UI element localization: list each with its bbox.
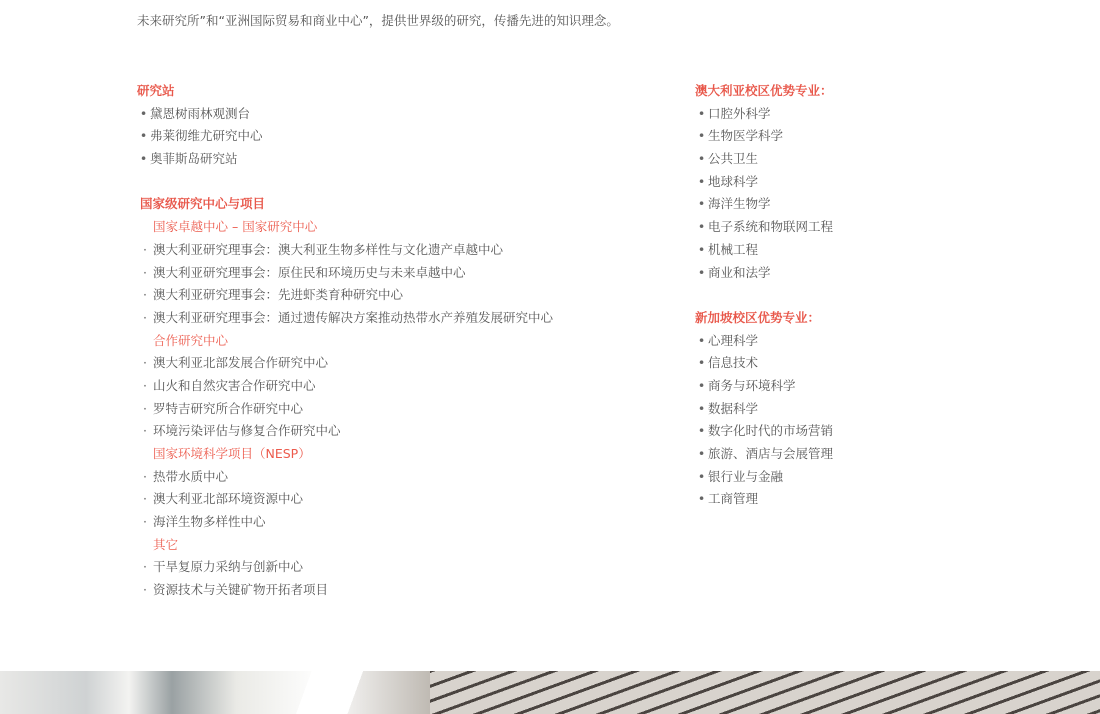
list-item: •生物医学科学 xyxy=(695,125,995,148)
list-item: •奥菲斯岛研究站 xyxy=(137,148,657,171)
bullet-icon: · xyxy=(137,420,153,443)
singapore-majors-heading: 新加坡校区优势专业： xyxy=(695,307,995,330)
bullet-icon: • xyxy=(695,103,708,126)
list-item: •旅游、酒店与会展管理 xyxy=(695,443,995,466)
bullet-icon: • xyxy=(695,239,708,262)
intro-line-cut xyxy=(137,0,967,10)
photo-light-beam xyxy=(250,671,440,714)
list-item: ·罗特吉研究所合作研究中心 xyxy=(137,398,657,421)
bullet-icon: • xyxy=(695,352,708,375)
bullet-icon: · xyxy=(137,307,153,330)
bullet-icon: • xyxy=(695,148,708,171)
list-item: •工商管理 xyxy=(695,488,995,511)
list-item: ·澳大利亚北部环境资源中心 xyxy=(137,488,657,511)
bullet-icon: • xyxy=(695,171,708,194)
bullet-icon: · xyxy=(137,375,153,398)
list-item: ·澳大利亚研究理事会：通过遗传解决方案推动热带水产养殖发展研究中心 xyxy=(137,307,657,330)
bullet-icon: · xyxy=(137,466,153,489)
bullet-icon: • xyxy=(695,443,708,466)
bullet-icon: · xyxy=(137,239,153,262)
national-heading: 国家级研究中心与项目 xyxy=(137,193,657,216)
list-item: ·资源技术与关键矿物开拓者项目 xyxy=(137,579,657,602)
list-item: •商务与环境科学 xyxy=(695,375,995,398)
bullet-icon: · xyxy=(137,352,153,375)
group-title: 国家环境科学项目（NESP） xyxy=(137,443,657,466)
list-item: ·澳大利亚研究理事会：澳大利亚生物多样性与文化遗产卓越中心 xyxy=(137,239,657,262)
bullet-icon: · xyxy=(137,556,153,579)
list-item: •电子系统和物联网工程 xyxy=(695,216,995,239)
list-item: ·澳大利亚北部发展合作研究中心 xyxy=(137,352,657,375)
list-item: •地球科学 xyxy=(695,171,995,194)
campus-photo xyxy=(0,671,1100,714)
bullet-icon: • xyxy=(695,262,708,285)
list-item: •心理科学 xyxy=(695,330,995,353)
bullet-icon: • xyxy=(695,420,708,443)
bullet-icon: • xyxy=(695,125,708,148)
list-item: ·干旱复原力采纳与创新中心 xyxy=(137,556,657,579)
intro-text: 未来研究所”和“亚洲国际贸易和商业中心”，提供世界级的研究，传播先进的知识理念。 xyxy=(137,10,967,32)
list-item: •口腔外科学 xyxy=(695,103,995,126)
list-item: •信息技术 xyxy=(695,352,995,375)
bullet-icon: • xyxy=(695,193,708,216)
list-item: ·澳大利亚研究理事会：先进虾类育种研究中心 xyxy=(137,284,657,307)
bullet-icon: • xyxy=(695,488,708,511)
bullet-icon: • xyxy=(695,466,708,489)
group-title: 其它 xyxy=(137,534,657,557)
bullet-icon: • xyxy=(695,375,708,398)
list-item: •黛恩树雨林观测台 xyxy=(137,103,657,126)
bullet-icon: • xyxy=(695,330,708,353)
list-item: •数字化时代的市场营销 xyxy=(695,420,995,443)
bullet-icon: · xyxy=(137,398,153,421)
bullet-icon: · xyxy=(137,511,153,534)
group-title: 合作研究中心 xyxy=(137,330,657,353)
bullet-icon: • xyxy=(137,148,150,171)
list-item: ·海洋生物多样性中心 xyxy=(137,511,657,534)
list-item: •公共卫生 xyxy=(695,148,995,171)
list-item: •海洋生物学 xyxy=(695,193,995,216)
list-item: ·山火和自然灾害合作研究中心 xyxy=(137,375,657,398)
list-item: •机械工程 xyxy=(695,239,995,262)
majors-column: 澳大利亚校区优势专业： •口腔外科学 •生物医学科学 •公共卫生 •地球科学 •… xyxy=(695,80,995,511)
list-item: ·环境污染评估与修复合作研究中心 xyxy=(137,420,657,443)
bullet-icon: · xyxy=(137,579,153,602)
bullet-icon: · xyxy=(137,262,153,285)
bullet-icon: • xyxy=(695,216,708,239)
research-column: 研究站 •黛恩树雨林观测台 •弗莱彻维尤研究中心 •奥菲斯岛研究站 国家级研究中… xyxy=(137,80,657,602)
bullet-icon: • xyxy=(695,398,708,421)
list-item: ·澳大利亚研究理事会：原住民和环境历史与未来卓越中心 xyxy=(137,262,657,285)
stations-heading: 研究站 xyxy=(137,80,657,103)
group-title: 国家卓越中心 – 国家研究中心 xyxy=(137,216,657,239)
bullet-icon: • xyxy=(137,125,150,148)
bullet-icon: · xyxy=(137,284,153,307)
list-item: •弗莱彻维尤研究中心 xyxy=(137,125,657,148)
bullet-icon: • xyxy=(137,103,150,126)
bullet-icon: · xyxy=(137,488,153,511)
list-item: ·热带水质中心 xyxy=(137,466,657,489)
list-item: •银行业与金融 xyxy=(695,466,995,489)
list-item: •商业和法学 xyxy=(695,262,995,285)
australia-majors-heading: 澳大利亚校区优势专业： xyxy=(695,80,995,103)
intro-paragraph: 未来研究所”和“亚洲国际贸易和商业中心”，提供世界级的研究，传播先进的知识理念。 xyxy=(137,0,967,32)
list-item: •数据科学 xyxy=(695,398,995,421)
